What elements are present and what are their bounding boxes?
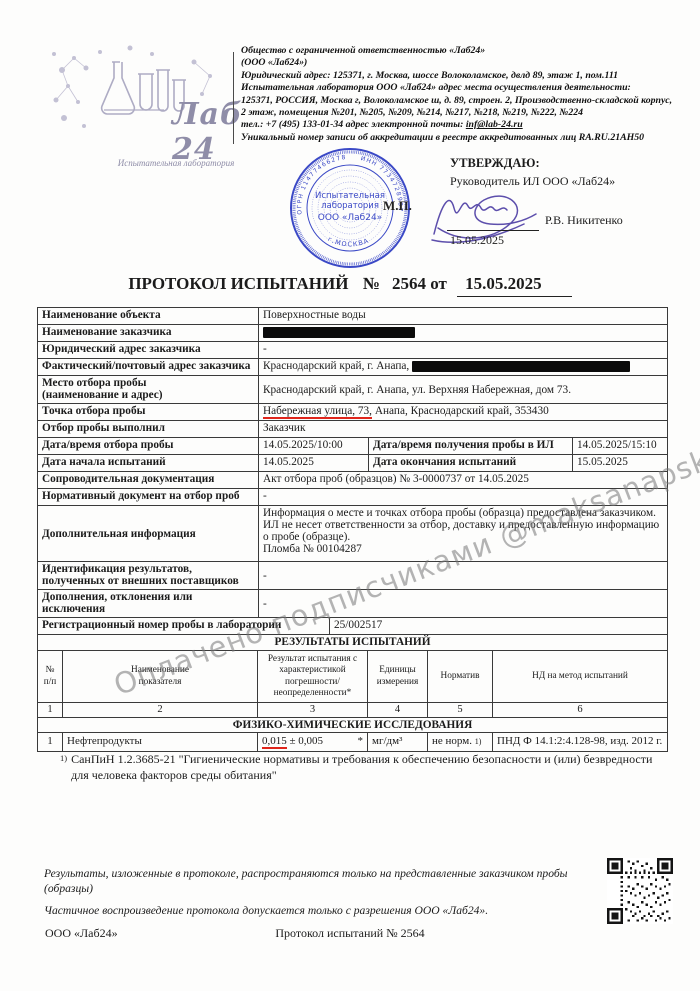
protocol-number: 2564 [392,274,426,293]
footnote: 1) СанПиН 1.2.3685-21 "Гигиенические нор… [46,752,668,783]
table-row: Место отбора пробы(наименование и адрес)… [37,376,668,404]
highlighted-result: 0,015 [262,735,287,749]
mp-mark: М.П. [383,198,412,214]
table-row: Регистрационный номер пробы в лаборатори… [37,618,668,635]
table-row: Точка отбора пробы Набережная улица, 73,… [37,404,668,421]
header-divider [233,52,234,144]
title-text: ПРОТОКОЛ ИСПЫТАНИЙ [128,274,348,293]
stamp-center-line1: Испытательная [315,191,385,201]
footnote-marker: 1) [46,752,71,783]
email-link[interactable]: inf@lab-24.ru [466,119,523,130]
col-header-norm: Норматив [428,651,493,702]
contacts-line: тел.: +7 (495) 133-01-34 адрес электронн… [241,119,673,131]
signature-line [447,230,539,231]
table-row: Наименование заказчика [37,325,668,342]
svg-text:г.МОСКВА: г.МОСКВА [327,235,371,248]
table-row: Юридический адрес заказчика - [37,342,668,359]
lab-address-2: 2 этаж, помещения №201, №205, №209, №214… [241,107,673,119]
protocol-date: 15.05.2025 [457,274,572,297]
company-short-name: (ООО «Лаб24») [241,57,673,69]
company-info: Общество с ограниченной ответственностью… [241,45,673,144]
legal-address: Юридический адрес: 125371, г. Москва, шо… [241,70,673,82]
document-title: ПРОТОКОЛ ИСПЫТАНИЙ № 2564 от 15.05.2025 [0,274,700,297]
phone: тел.: +7 (495) 133-01-34 адрес электронн… [241,119,466,130]
table-row: Дополнения, отклонения илиисключения - [37,590,668,618]
col-header-method: НД на метод испытаний [493,651,667,702]
table-row: Дата начала испытаний 14.05.2025 Дата ок… [37,455,668,472]
col-header-units: Единицы измерения [368,651,428,702]
table-row: Отбор пробы выполнил Заказчик [37,421,668,438]
protocol-table: Наименование объекта Поверхностные воды … [37,307,668,752]
results-column-numbers: 1 2 3 4 5 6 [37,703,668,718]
table-row: Сопроводительная документация Акт отбора… [37,472,668,489]
title-of: от [430,274,447,293]
col-header-result: Результат испытания с характеристикой по… [258,651,368,702]
footnote-text: СанПиН 1.2.3685-21 "Гигиенические нормат… [71,752,668,783]
results-column-headers: № п/п Наименование показателя Результат … [37,651,668,703]
result-star: * [358,736,364,748]
redaction-bar [263,327,415,338]
table-row: Идентификация результатов,полученных от … [37,562,668,590]
signer-name: Р.В. Никитенко [545,213,623,228]
results-data-row: 1 Нефтепродукты 0,015 ± 0,005 * мг/дм³ н… [37,733,668,752]
highlighted-address: Набережная улица, 73, [263,405,372,419]
qr-code-icon [607,858,673,924]
table-row: Нормативный документ на отбор проб - [37,489,668,506]
approve-label: УТВЕРЖДАЮ: [450,156,540,171]
accreditation-number: Уникальный номер записи об аккредитации … [241,132,673,144]
redaction-bar [412,361,630,372]
results-section-header: РЕЗУЛЬТАТЫ ИСПЫТАНИЙ [37,635,668,651]
approval-date: 15.05.2025 [450,233,504,248]
table-row: Фактический/почтовый адрес заказчика Кра… [37,359,668,376]
stamp-city: г.МОСКВА [327,235,371,248]
results-group-header: ФИЗИКО-ХИМИЧЕСКИЕ ИССЛЕДОВАНИЯ [37,718,668,733]
lab-address-intro: Испытательная лаборатория ООО «Лаб24» ад… [241,82,673,94]
footer-note-2: Частичное воспроизведение протокола допу… [44,903,596,918]
lab-address-1: 125371, РОССИЯ, Москва г, Волоколамское … [241,95,673,107]
footer-note-1: Результаты, изложенные в протоколе, расп… [44,866,596,896]
table-row: Дата/время отбора пробы 14.05.2025/10:00… [37,438,668,455]
lab24-logo: Лаб 24 Испытательная лаборатория [44,40,236,144]
col-header-num: № п/п [38,651,63,702]
table-row: Наименование объекта Поверхностные воды [37,308,668,325]
footer-doc-ref: Протокол испытаний № 2564 [0,926,700,941]
stamp-center-line3: ООО «Лаб24» [318,213,382,223]
table-row: Дополнительная информация Информация о м… [37,506,668,562]
col-header-name: Наименование показателя [63,651,258,702]
footer-notes: Результаты, изложенные в протоколе, расп… [44,866,596,918]
number-sign: № [363,274,380,293]
protocol-document: Лаб 24 Испытательная лаборатория Обществ… [0,0,700,991]
company-name: Общество с ограниченной ответственностью… [241,45,673,57]
stamp-center-line2: лаборатория [321,201,379,211]
logo-subtitle: Испытательная лаборатория [96,158,256,168]
